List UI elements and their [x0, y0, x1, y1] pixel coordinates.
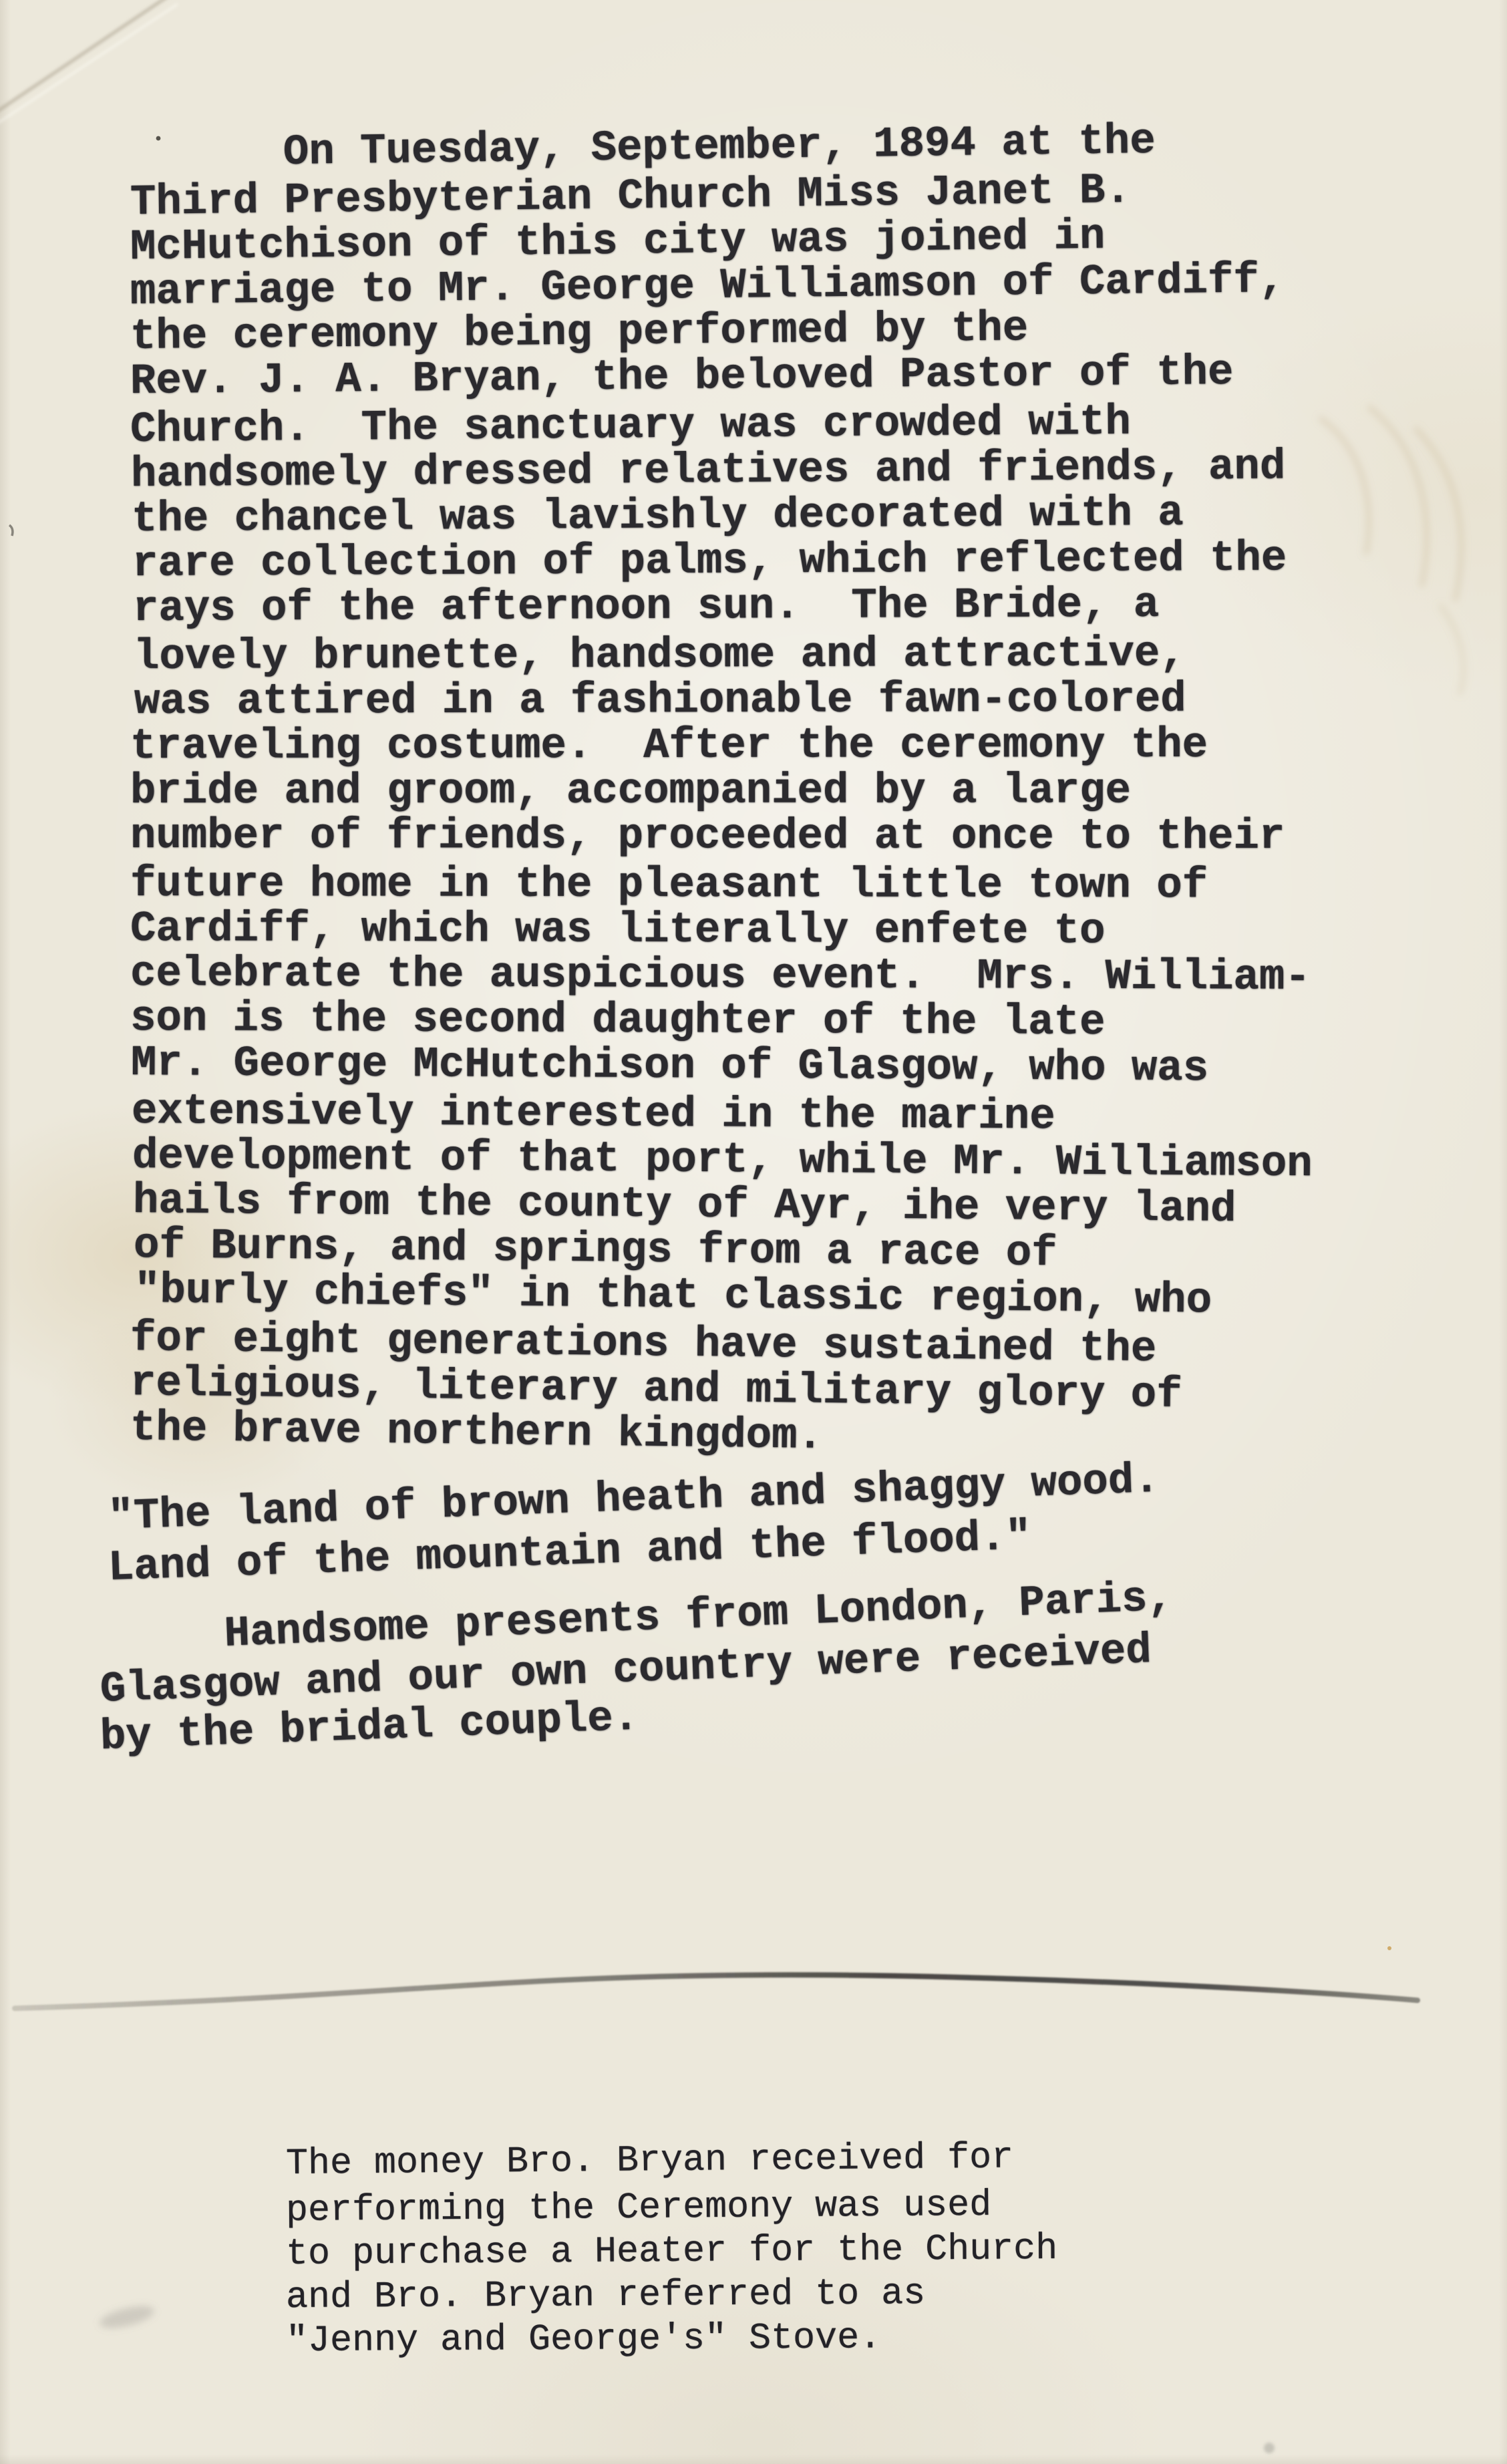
verse-quote: "The land of brown heath and shaggy wood… — [108, 1495, 1160, 1591]
corner-crease-mark — [0, 0, 170, 112]
text-line: was attired in a fashionable fawn-colore… — [130, 677, 1313, 725]
text-line: and Bro. Bryan referred to as — [286, 2271, 1058, 2320]
text-line: rare collection of palms, which reflecte… — [130, 536, 1313, 587]
pencil-smudge — [98, 2302, 156, 2332]
text-line: number of friends, proceeded at once to … — [130, 814, 1313, 860]
separator-line — [15, 1975, 1417, 2008]
left-edge-crease-mark — [9, 525, 13, 536]
fingerprint-smudge — [1319, 406, 1464, 695]
text-line: celebrate the auspicious event. Mrs. Wil… — [130, 951, 1313, 1001]
footnote-paragraph: The money Bro. Bryan received forperform… — [286, 2143, 1057, 2364]
text-line: The money Bro. Bryan received for — [286, 2135, 1058, 2186]
text-line: lovely brunette, handsome and attractive… — [130, 631, 1313, 680]
text-line: performing the Ceremony was used — [286, 2183, 1058, 2233]
paper-speck — [1264, 2443, 1275, 2453]
text-line: Rev. J. A. Bryan, the beloved Pastor of … — [130, 349, 1313, 405]
text-line: son is the second daughter of the late — [130, 996, 1313, 1046]
text-line: bride and groom, accompanied by a large — [130, 768, 1313, 814]
text-line: Mr. George McHutchison of Glasgow, who w… — [130, 1041, 1313, 1092]
text-line: "Jenny and George's" Stove. — [286, 2315, 1058, 2363]
text-line: future home in the pleasant little town … — [130, 862, 1313, 909]
corner-crease-highlight — [0, 4, 178, 124]
presents-paragraph: Handsome presents from London, Paris,Gla… — [100, 1617, 1174, 1761]
text-line: Cardiff, which was literally enfete to — [130, 907, 1313, 955]
text-line: the chancel was lavishly decorated with … — [130, 490, 1313, 543]
announcement-paragraph: On Tuesday, September, 1894 at theThird … — [130, 134, 1313, 1451]
scanned-document-page: { "page": { "paper_color": "#ece8db", "i… — [0, 0, 1507, 2464]
paper-speck — [1387, 1946, 1391, 1950]
text-line: to purchase a Heater for the Church — [286, 2227, 1058, 2276]
text-line: traveling costume. After the ceremony th… — [130, 723, 1313, 770]
text-line: rays of the afternoon sun. The Bride, a — [130, 582, 1313, 632]
